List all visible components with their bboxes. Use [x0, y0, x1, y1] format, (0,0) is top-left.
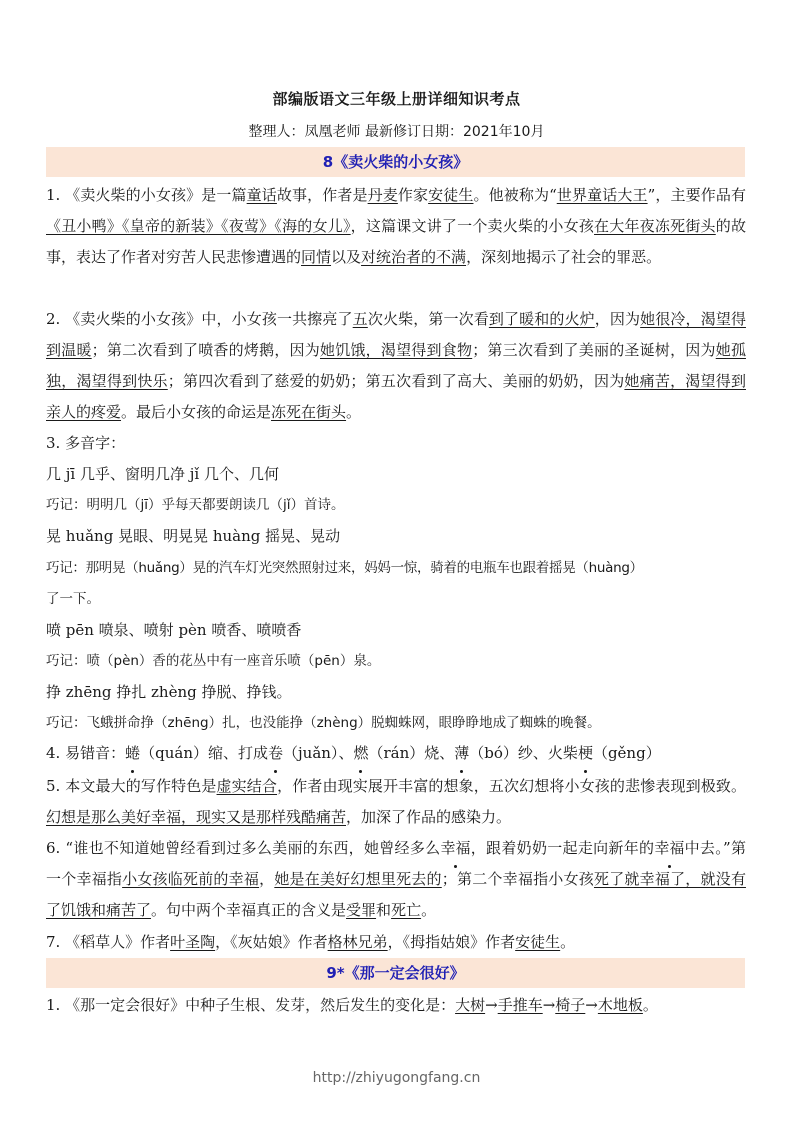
emphasis-char: 卷 [268, 738, 283, 769]
key-term: 童话 [247, 186, 277, 204]
text: （quán）缩 [140, 744, 223, 762]
mnemonic-line: 巧记：那明晃（huǎng）晃的汽车灯光突然照射过来，妈妈一惊，骑着的电瓶车也跟着… [46, 553, 756, 584]
emphasis-char: 燃 [353, 738, 368, 769]
section-heading-8: 8《卖火柴的小女孩》 [46, 147, 745, 177]
text: 、 [338, 744, 353, 762]
text: 。句中两个幸福真正的含义是 [151, 901, 346, 919]
key-term: 格林兄弟 [328, 933, 388, 951]
text: 2. 《卖火柴的小女孩》中，小女孩一共擦亮了 [46, 310, 353, 328]
text: 。 [560, 933, 575, 951]
text: （rán）烧 [368, 744, 439, 762]
text: 。他被称为“ [473, 186, 556, 204]
document-title: 部编版语文三年级上册详细知识考点 [0, 88, 793, 109]
text: 、 [439, 744, 454, 762]
key-term: 世界童话大王 [557, 186, 648, 204]
text: ，因为 [595, 310, 640, 328]
text: （juǎn） [283, 744, 338, 762]
key-term: 大树 [455, 996, 485, 1014]
text: 。最后小女孩的命运是 [121, 403, 271, 421]
key-term: 丹麦 [368, 186, 398, 204]
text: 故事，作者是 [277, 186, 368, 204]
polyphone-line: 挣 zhēng 挣扎 zhèng 挣脱、挣钱。 [46, 677, 756, 708]
text: ，深刻地揭示了社会的罪恶。 [466, 248, 661, 266]
text: 、打成 [223, 744, 268, 762]
text: 1. 《那一定会很好》中种子生根、发芽，然后发生的变化是： [46, 996, 455, 1014]
paragraph-8-7: 7. 《稻草人》作者叶圣陶，《灰姑娘》作者格林兄弟，《拇指姑娘》作者安徒生。 [46, 927, 756, 958]
text: 。 [421, 901, 436, 919]
paragraph-8-1: 1. 《卖火柴的小女孩》是一篇童话故事，作者是丹麦作家安徒生。他被称为“世界童话… [46, 180, 746, 273]
text: 1. 《卖火柴的小女孩》是一篇 [46, 186, 247, 204]
key-term: 同情 [301, 248, 331, 266]
emphasis-char: 薄 [454, 738, 469, 769]
arrow-icon: → [485, 996, 498, 1014]
text: ”，主要作品有 [648, 186, 746, 204]
polyphone-line: 几 jī 几乎、窗明几净 jǐ 几个、几何 [46, 459, 756, 490]
text: ，《拇指姑娘》作者 [388, 933, 516, 951]
text: ；第二个幸福指小女孩 [442, 870, 594, 888]
text: ，这篇课文讲了一个卖火柴的小女孩 [351, 217, 594, 235]
key-term: 她饥饿，渴望得到食物 [320, 341, 472, 359]
paragraph-9-1: 1. 《那一定会很好》中种子生根、发芽，然后发生的变化是：大树→手推车→椅子→木… [46, 990, 756, 1021]
polyphone-heading: 3. 多音字： [46, 428, 756, 459]
key-term: 幻想是那么美好幸福，现实又是那样残酷痛苦 [46, 808, 346, 826]
key-term: 小女孩临死前的幸福 [122, 870, 259, 888]
key-term: 虚实结合 [217, 777, 278, 795]
key-term: 叶圣陶 [170, 933, 215, 951]
key-term: 安徒生 [428, 186, 473, 204]
text: 以及 [331, 248, 361, 266]
key-term: 椅子 [555, 996, 585, 1014]
text: ；第三次看到了美丽的圣诞树，因为 [472, 341, 716, 359]
emphasis-char: 蜷 [125, 738, 140, 769]
arrow-icon: → [585, 996, 598, 1014]
key-term: 到了暖和的火炉 [489, 310, 595, 328]
text: 6. “谁也不知道她曾经看到过多么美丽的东西，她曾经多么 [46, 839, 440, 857]
mnemonic-line: 巧记：明明几（jī）乎每天都要朗读几（jǐ）首诗。 [46, 490, 756, 521]
text: ，加深了作品的感染力。 [346, 808, 511, 826]
text: 4. 易错音： [46, 744, 125, 762]
text: ，作者由现实展开丰富的想象，五次幻想将小女孩的悲惨表现到极致。 [277, 777, 746, 795]
key-term: 对统治者的不满 [361, 248, 466, 266]
text: 和 [376, 901, 391, 919]
text: 、火柴 [533, 744, 578, 762]
key-term: 手推车 [498, 996, 543, 1014]
text: 作家 [398, 186, 428, 204]
document-page: 部编版语文三年级上册详细知识考点 整理人：凤凰老师 最新修订日期：2021年10… [0, 0, 793, 1122]
text: 次火柴，第一次看 [368, 310, 489, 328]
text: 5. 本文最大的写作特色是 [46, 777, 217, 795]
emphasis-char: 梗 [578, 738, 593, 769]
key-term: 五 [353, 310, 368, 328]
key-term: 死亡 [391, 901, 421, 919]
section-heading-9: 9*《那一定会很好》 [46, 958, 745, 988]
key-term: 《丑小鸭》《皇帝的新装》《夜莺》《海的女儿》 [46, 217, 351, 235]
text: （bó）纱 [469, 744, 533, 762]
mnemonic-line: 了一下。 [46, 584, 756, 615]
paragraph-8-5: 5. 本文最大的写作特色是虚实结合，作者由现实展开丰富的想象，五次幻想将小女孩的… [46, 771, 746, 833]
mnemonic-line: 巧记：飞蛾拼命挣（zhēng）扎，也没能挣（zhèng）脱蜘蛛网，眼睁睁地成了蜘… [46, 708, 756, 739]
arrow-icon: → [543, 996, 556, 1014]
polyphone-line: 晃 huǎng 晃眼、明晃晃 huàng 摇晃、晃动 [46, 521, 756, 552]
emphasis-word: 幸福 [440, 833, 470, 864]
text: ， [259, 870, 274, 888]
text: 7. 《稻草人》作者 [46, 933, 170, 951]
text: 。 [643, 996, 658, 1014]
emphasis-word: 幸福 [654, 833, 684, 864]
mnemonic-line: 巧记：喷（pèn）香的花丛中有一座音乐喷（pēn）泉。 [46, 646, 756, 677]
text: 。 [346, 403, 361, 421]
key-term: 她是在美好幻想里死去的 [274, 870, 441, 888]
key-term: 受罪 [346, 901, 376, 919]
polyphone-line: 喷 pēn 喷泉、喷射 pèn 喷香、喷喷香 [46, 615, 756, 646]
key-term: 冻死在街头 [271, 403, 346, 421]
text: ；第四次看到了慈爱的奶奶；第五次看到了高大、美丽的奶奶，因为 [168, 372, 625, 390]
text: ，《灰姑娘》作者 [215, 933, 328, 951]
key-term: 安徒生 [515, 933, 560, 951]
document-subtitle: 整理人：凤凰老师 最新修订日期：2021年10月 [0, 121, 793, 141]
footer-url: http://zhiyugongfang.cn [0, 1070, 793, 1086]
key-term: 木地板 [598, 996, 643, 1014]
text: ，跟着奶奶一起走向新年的 [470, 839, 654, 857]
paragraph-8-6: 6. “谁也不知道她曾经看到过多么美丽的东西，她曾经多么幸福，跟着奶奶一起走向新… [46, 833, 746, 926]
paragraph-8-2: 2. 《卖火柴的小女孩》中，小女孩一共擦亮了五次火柴，第一次看到了暖和的火炉，因… [46, 304, 746, 428]
text: ；第二次看到了喷香的烤鹅，因为 [92, 341, 320, 359]
key-term: 在大年夜冻死街头 [594, 217, 716, 235]
text: （gěng） [593, 744, 661, 762]
paragraph-8-4: 4. 易错音：蜷（quán）缩、打成卷（juǎn）、燃（rán）烧、薄（bó）纱… [46, 738, 756, 769]
